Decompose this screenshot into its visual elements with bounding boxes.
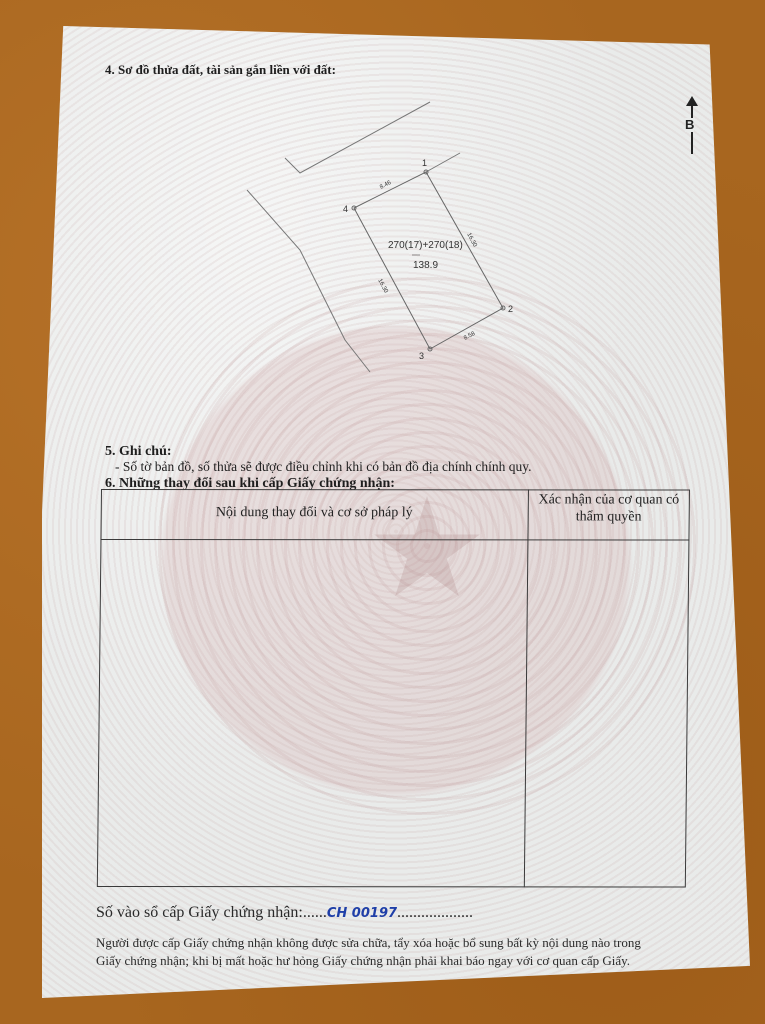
footer-line-1: Người được cấp Giấy chứng nhận không đượ… xyxy=(96,934,641,952)
section-5-title: 5. Ghi chú: xyxy=(105,444,172,460)
north-label: B xyxy=(685,118,694,132)
north-arrow: B xyxy=(682,96,702,156)
dots: ................... xyxy=(397,904,473,921)
handwritten-registration-number: CH 00197 xyxy=(327,906,397,921)
footer-line-2: Giấy chứng nhận; khi bị mất hoặc hư hỏng… xyxy=(96,952,641,970)
section-4-title: 4. Sơ đồ thửa đất, tài sản gắn liền với … xyxy=(105,62,336,78)
footer-notice: Người được cấp Giấy chứng nhận không đượ… xyxy=(96,934,641,970)
registration-number-line: Số vào sổ cấp Giấy chứng nhận:......CH 0… xyxy=(96,904,473,922)
table-border xyxy=(97,489,690,888)
column-header-changes: Nội dung thay đổi và cơ sở pháp lý xyxy=(101,505,528,521)
arrow-head-icon xyxy=(686,96,698,106)
section-5-note: - Số tờ bản đồ, số thửa sẽ được điều chỉ… xyxy=(115,459,531,475)
registration-label: Số vào sổ cấp Giấy chứng nhận: xyxy=(96,904,303,921)
column-header-authority-confirmation: Xác nhận của cơ quan có thẩm quyền xyxy=(528,491,690,525)
changes-table: Nội dung thay đổi và cơ sở pháp lý Xác n… xyxy=(97,489,690,888)
dots: ...... xyxy=(303,904,327,921)
